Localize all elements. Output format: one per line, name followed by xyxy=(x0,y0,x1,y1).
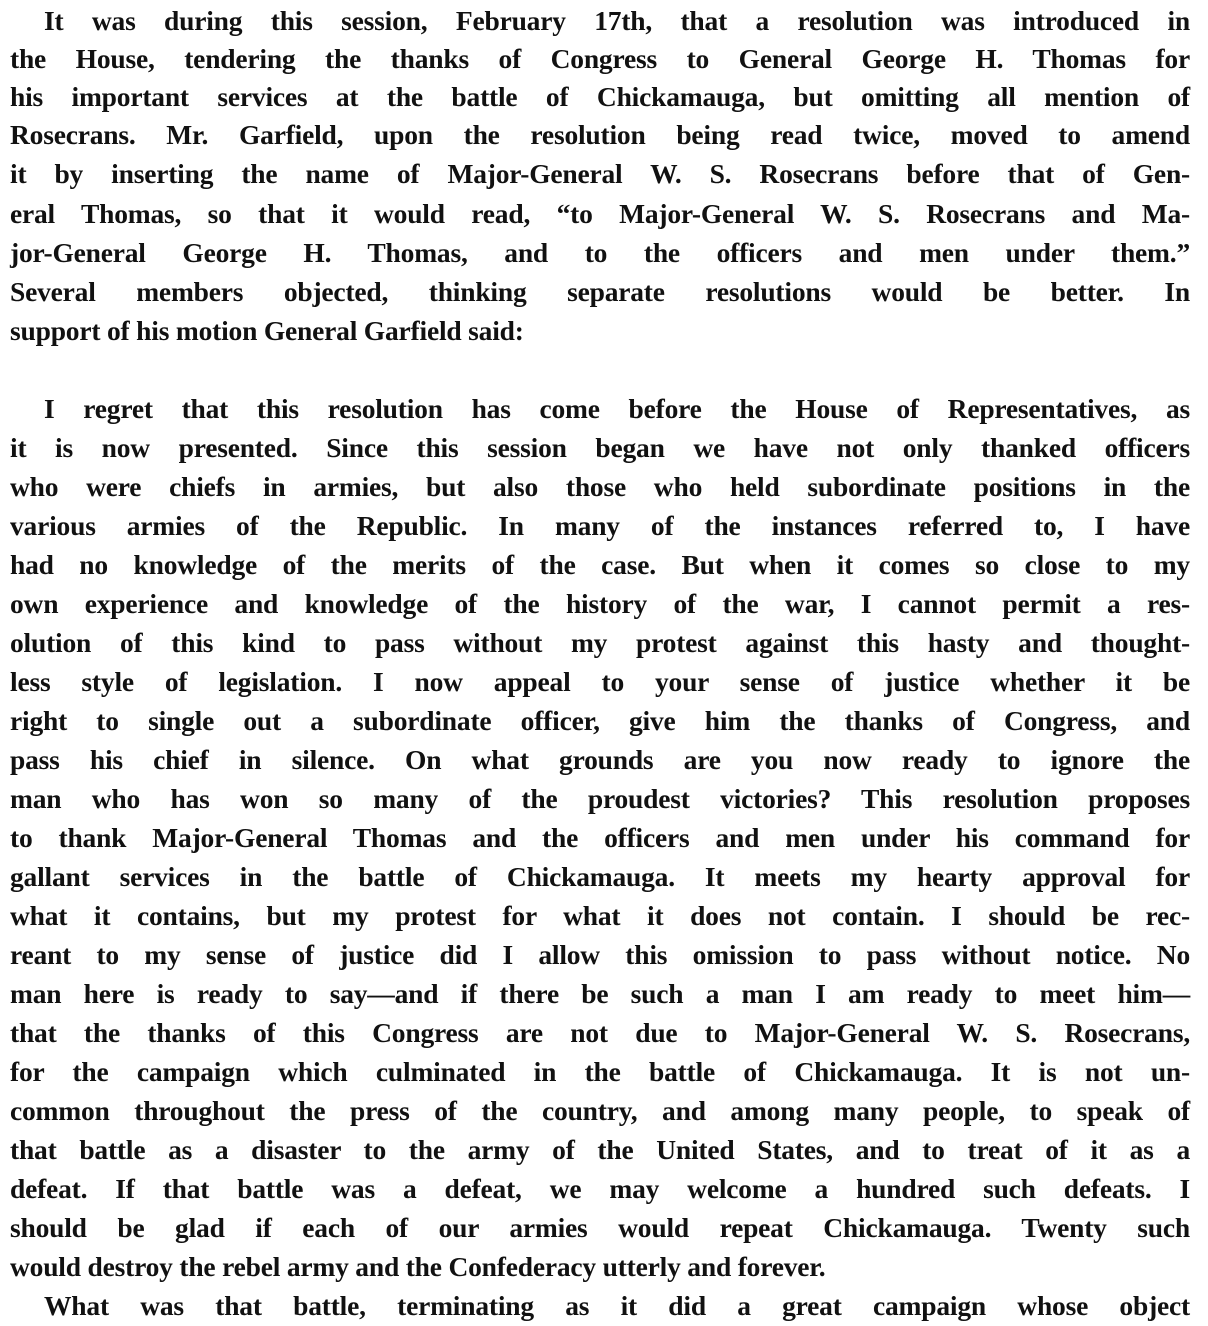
text-line: for the campaign which culminated in the… xyxy=(10,1053,1190,1091)
text-line: had no knowledge of the merits of the ca… xyxy=(10,546,1190,584)
text-line: the House, tendering the thanks of Congr… xyxy=(10,40,1190,78)
text-line: reant to my sense of justice did I allow… xyxy=(10,936,1190,974)
text-line: should be glad if each of our armies wou… xyxy=(10,1209,1190,1247)
text-line: man here is ready to say—and if there be… xyxy=(10,975,1190,1013)
text-line: defeat. If that battle was a defeat, we … xyxy=(10,1170,1190,1208)
text-line: man who has won so many of the proudest … xyxy=(10,780,1190,818)
text-line: his important services at the battle of … xyxy=(10,78,1190,116)
text-line: olution of this kind to pass without my … xyxy=(10,624,1190,662)
text-line: less style of legislation. I now appeal … xyxy=(10,663,1190,701)
text-line: what it contains, but my protest for wha… xyxy=(10,897,1190,935)
text-line: It was during this session, February 17t… xyxy=(44,2,1190,40)
text-line: to thank Major-General Thomas and the of… xyxy=(10,819,1190,857)
text-line: own experience and knowledge of the hist… xyxy=(10,585,1190,623)
text-line: common throughout the press of the count… xyxy=(10,1092,1190,1130)
text-line: it by inserting the name of Major-Genera… xyxy=(10,155,1190,193)
text-line: right to single out a subordinate office… xyxy=(10,702,1190,740)
text-line: eral Thomas, so that it would read, “to … xyxy=(10,195,1190,233)
text-line: it is now presented. Since this session … xyxy=(10,429,1190,467)
text-line: I regret that this resolution has come b… xyxy=(44,390,1190,428)
text-line: gallant services in the battle of Chicka… xyxy=(10,858,1190,896)
text-line: that battle as a disaster to the army of… xyxy=(10,1131,1190,1169)
text-line: Rosecrans. Mr. Garfield, upon the resolu… xyxy=(10,116,1190,154)
text-line: would destroy the rebel army and the Con… xyxy=(10,1248,1190,1286)
text-line: that the thanks of this Congress are not… xyxy=(10,1014,1190,1052)
text-line: pass his chief in silence. On what groun… xyxy=(10,741,1190,779)
text-line: Several members objected, thinking separ… xyxy=(10,273,1190,311)
text-line: What was that battle, terminating as it … xyxy=(44,1287,1190,1325)
text-line: jor-General George H. Thomas, and to the… xyxy=(10,234,1190,272)
text-line: various armies of the Republic. In many … xyxy=(10,507,1190,545)
text-line: who were chiefs in armies, but also thos… xyxy=(10,468,1190,506)
text-line: support of his motion General Garfield s… xyxy=(10,312,1190,350)
document-page: It was during this session, February 17t… xyxy=(0,0,1208,1326)
